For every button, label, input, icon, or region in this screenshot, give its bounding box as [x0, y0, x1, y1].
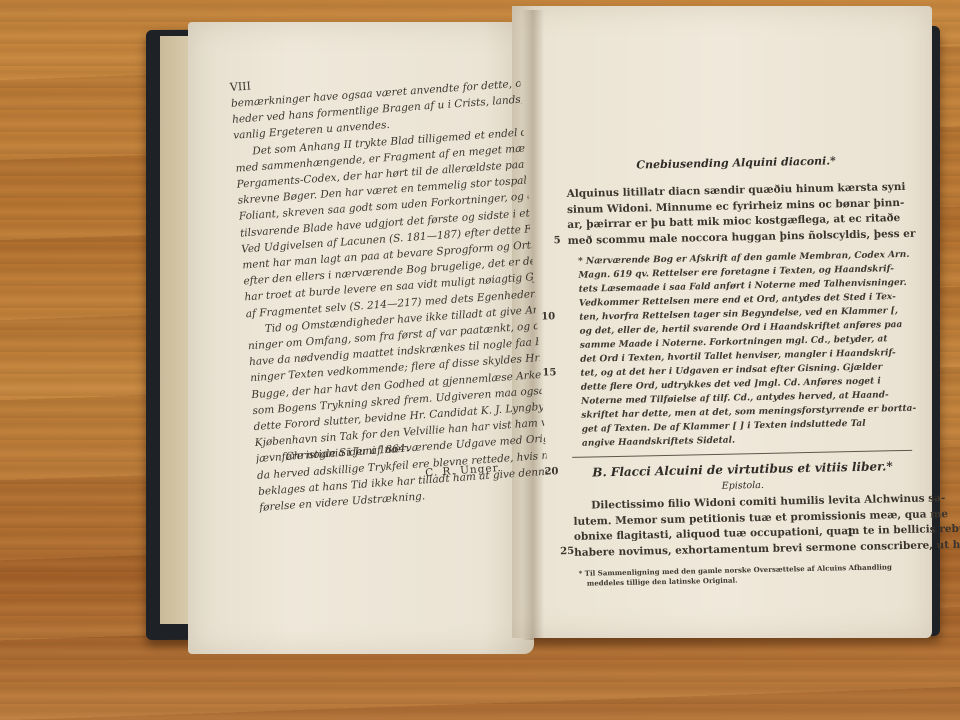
line-number: 5: [554, 235, 561, 246]
divider-rule: [572, 450, 912, 458]
line-number: 25: [560, 546, 574, 557]
latin-section: B. Flacci Alcuini de virtutibus et vitii…: [572, 459, 914, 561]
norse-paragraph: Alquinus litillatr diacn sændir quæðiu h…: [567, 180, 908, 249]
footnote-block: * Nærværende Bog er Afskrift af den gaml…: [568, 248, 912, 451]
latin-title: B. Flacci Alcuini de virtutibus et vitii…: [572, 459, 912, 480]
line-number: 10: [541, 311, 555, 322]
right-page-text: Cnebiusending Alquini diaconi.* Alquinus…: [566, 153, 915, 589]
line-number: 20: [544, 466, 558, 477]
folio-number: 1: [846, 526, 854, 539]
page-number: VIII: [229, 78, 251, 96]
line-number: 15: [542, 367, 556, 378]
